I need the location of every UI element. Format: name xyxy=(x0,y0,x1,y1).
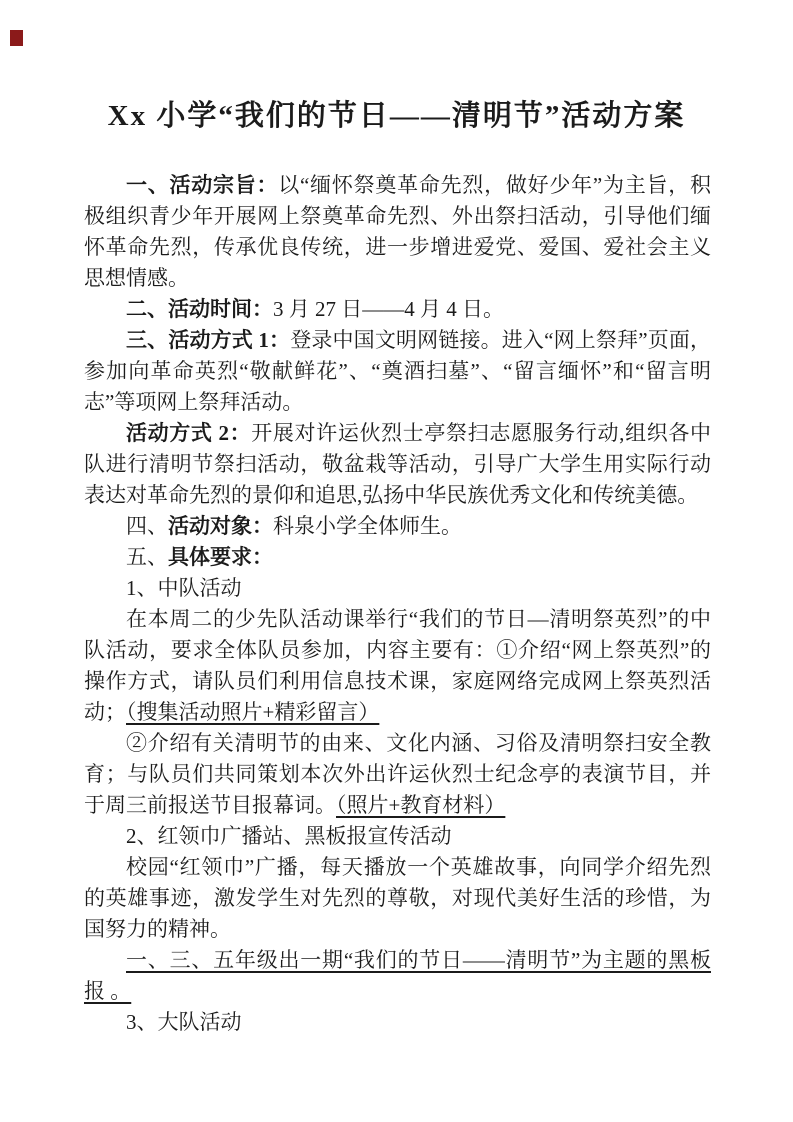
underlined-note-photos-materials: （照片+教育材料） xyxy=(336,793,505,817)
para-blackboard-report-task: 一、三、五年级出一期“我们的节日——清明节”为主题的黑板报 。 xyxy=(84,945,711,1007)
text-run: 3、大队活动 xyxy=(126,1010,242,1034)
para-broadcast-detail: 校园“红领巾”广播，每天播放一个英雄故事，向同学介绍先烈的英雄事迹，激发学生对先… xyxy=(84,852,711,945)
para-specific-requirements: 五、具体要求： xyxy=(84,542,711,573)
para-squadron-activity-item-2: ②介绍有关清明节的由来、文化内涵、习俗及清明祭扫安全教育；与队员们共同策划本次外… xyxy=(84,728,711,821)
heading-activity-time: 二、活动时间： xyxy=(126,297,273,321)
para-activity-method-1: 三、活动方式 1：登录中国文明网链接。进入“网上祭拜”页面，参加向革命英烈“敬献… xyxy=(84,325,711,418)
para-broadcast-heading: 2、红领巾广播站、黑板报宣传活动 xyxy=(84,821,711,852)
para-squadron-activity-heading: 1、中队活动 xyxy=(84,573,711,604)
document-page: Xx 小学“我们的节日——清明节”活动方案 一、活动宗旨：以“缅怀祭奠革命先烈，… xyxy=(0,0,793,1122)
text-run: 五、 xyxy=(126,545,168,569)
underlined-note-photos-messages: （搜集活动照片+精彩留言） xyxy=(126,700,379,724)
heading-specific-requirements: 具体要求： xyxy=(168,545,273,569)
text-run: 1、中队活动 xyxy=(126,576,242,600)
heading-activity-purpose: 一、活动宗旨： xyxy=(126,173,278,197)
para-squadron-activity-item-1: 在本周二的少先队活动课举行“我们的节日—清明祭英烈”的中队活动，要求全体队员参加… xyxy=(84,604,711,728)
text-run: 科泉小学全体师生。 xyxy=(273,514,462,538)
underlined-blackboard-report: 一、三、五年级出一期“我们的节日——清明节”为主题的黑板报 。 xyxy=(84,948,711,1003)
heading-activity-method-1: 三、活动方式 1： xyxy=(126,328,290,352)
document-body: 一、活动宗旨：以“缅怀祭奠革命先烈，做好少年”为主旨，积极组织青少年开展网上祭奠… xyxy=(84,170,711,1038)
text-run: 3 月 27 日——4 月 4 日。 xyxy=(273,297,504,321)
text-run: 四、 xyxy=(126,514,168,538)
red-corner-mark xyxy=(10,30,23,46)
text-run: 2、红领巾广播站、黑板报宣传活动 xyxy=(126,824,452,848)
heading-activity-target: 活动对象： xyxy=(168,514,273,538)
heading-activity-method-2: 活动方式 2： xyxy=(126,421,251,445)
para-activity-time: 二、活动时间：3 月 27 日——4 月 4 日。 xyxy=(84,294,711,325)
para-activity-method-2: 活动方式 2：开展对许运伙烈士亭祭扫志愿服务行动,组织各中队进行清明节祭扫活动，… xyxy=(84,418,711,511)
para-brigade-activity-heading: 3、大队活动 xyxy=(84,1007,711,1038)
document-title: Xx 小学“我们的节日——清明节”活动方案 xyxy=(40,98,753,134)
para-activity-purpose: 一、活动宗旨：以“缅怀祭奠革命先烈，做好少年”为主旨，积极组织青少年开展网上祭奠… xyxy=(84,170,711,294)
text-run: 校园“红领巾”广播，每天播放一个英雄故事，向同学介绍先烈的英雄事迹，激发学生对先… xyxy=(84,855,711,941)
para-activity-target: 四、活动对象：科泉小学全体师生。 xyxy=(84,511,711,542)
